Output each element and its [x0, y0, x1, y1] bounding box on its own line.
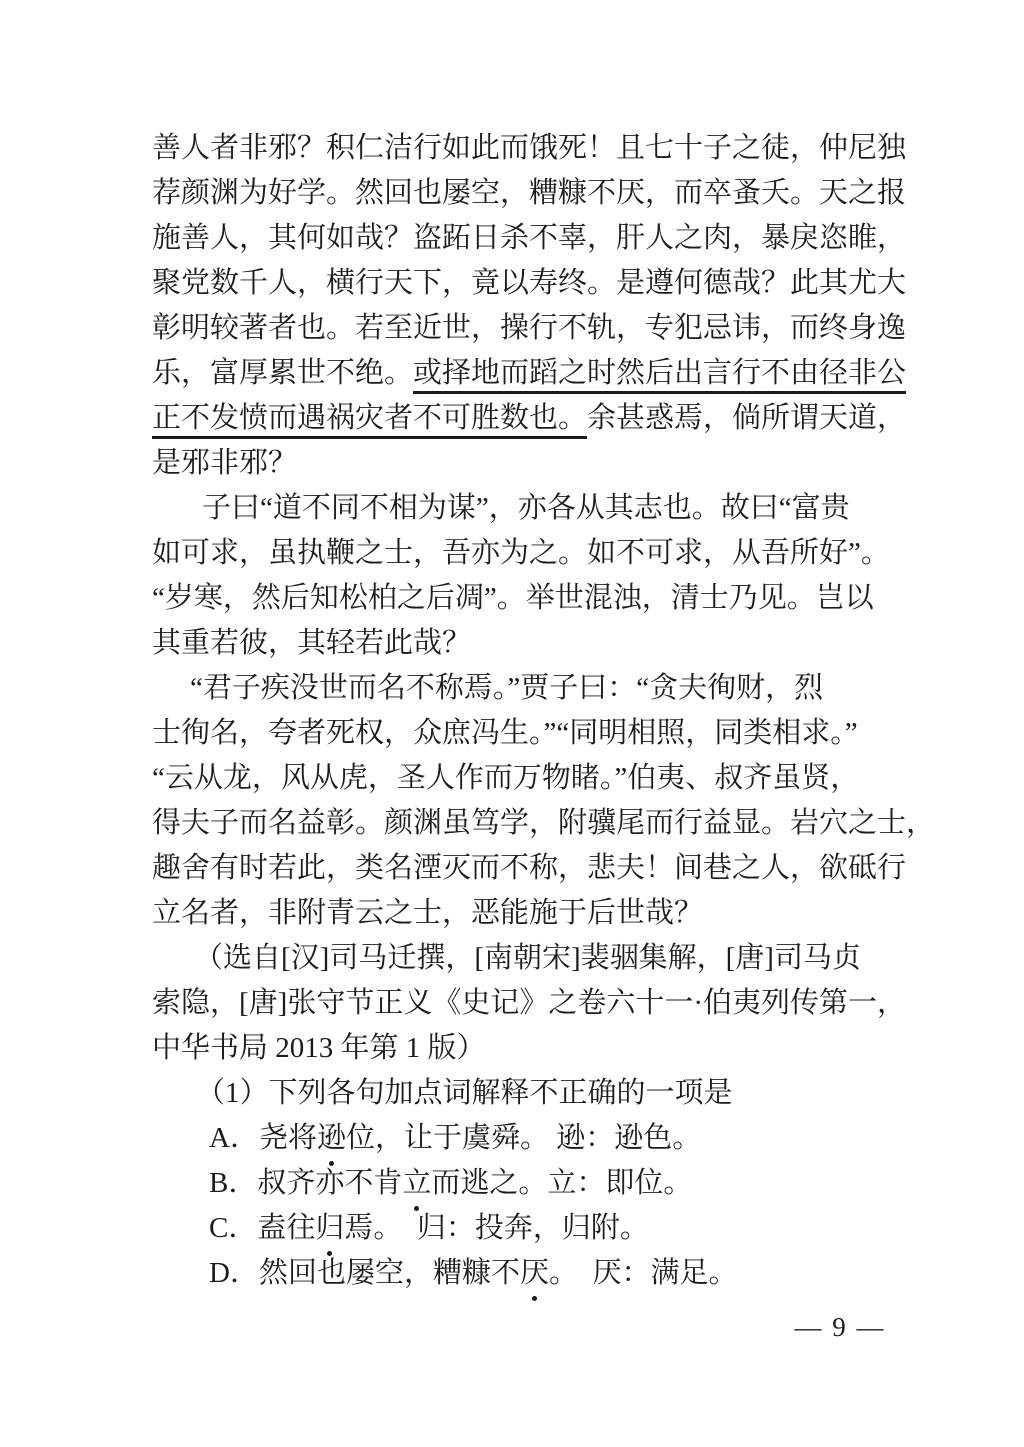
document-page: 善人者非邪？积仁洁行如此而饿死！且七十子之徒，仲尼独 荐颜渊为好学。然回也屡空，… — [0, 0, 1024, 1447]
line-text: “君子疾没世而名不称焉。”贾子曰：“贪夫徇财，烈 — [190, 672, 823, 704]
line-text: 位，让于虞舜。 逊：逊色。 — [346, 1122, 701, 1154]
line-text: 索隐，[唐]张守节正义《史记》之卷六十一·伯夷列传第一， — [152, 987, 906, 1019]
question-line: （1）下列各句加点词解释不正确的一项是 — [152, 1071, 892, 1116]
line-text: 聚党数千人，横行天下，竟以寿终。是遵何德哉？此其尤大 — [152, 267, 906, 299]
line-text: 余甚惑焉，倘所谓天道， — [587, 402, 906, 434]
option-b: B．叔齐亦不肯立而逃之。立：即位。 — [152, 1161, 892, 1206]
text-line: 是邪非邪？ — [152, 441, 892, 486]
text-line: 如可求，虽执鞭之士，吾亦为之。如不可求，从吾所好”。 — [152, 531, 892, 576]
page-number: — 9 — — [780, 1312, 900, 1343]
text-line: “云从龙，风从虎，圣人作而万物睹。”伯夷、叔齐虽贤， — [152, 756, 892, 801]
text-line: “岁寒，然后知松柏之后凋”。举世混浊，清士乃见。岂以 — [152, 576, 892, 621]
line-text: 彰明较著者也。若至近世，操行不轨，专犯忌讳，而终身逸 — [152, 312, 906, 344]
line-text: 中华书局 2013 年第 1 版） — [152, 1032, 486, 1064]
option-label-b: B． — [209, 1167, 257, 1199]
line-text: “岁寒，然后知松柏之后凋”。举世混浊，清士乃见。岂以 — [152, 582, 874, 614]
text-line: 荐颜渊为好学。然回也屡空，糟糠不厌，而卒蚤夭。天之报 — [152, 171, 892, 216]
text-line: 其重若彼，其轻若此哉？ — [152, 621, 892, 666]
underlined-text: 正不发愤而遇祸灾者不可胜数也。 — [152, 402, 587, 439]
line-text: （1）下列各句加点词解释不正确的一项是 — [196, 1077, 733, 1109]
text-line: 聚党数千人，横行天下，竟以寿终。是遵何德哉？此其尤大 — [152, 261, 892, 306]
source-line: 索隐，[唐]张守节正义《史记》之卷六十一·伯夷列传第一， — [152, 981, 892, 1026]
text-line: 善人者非邪？积仁洁行如此而饿死！且七十子之徒，仲尼独 — [152, 126, 892, 171]
option-a: A．尧将逊位，让于虞舜。 逊：逊色。 — [152, 1116, 892, 1161]
line-text: 立名者，非附青云之士，恶能施于后世哉？ — [152, 897, 703, 929]
emphasized-char: 逊 — [317, 1116, 346, 1161]
option-label-c: C． — [209, 1212, 257, 1244]
text-line: 乐，富厚累世不绝。或择地而蹈之时然后出言行不由径非公 — [152, 351, 892, 396]
line-text: 其重若彼，其轻若此哉？ — [152, 627, 471, 659]
line-text: 是邪非邪？ — [152, 447, 297, 479]
line-text: 如可求，虽执鞭之士，吾亦为之。如不可求，从吾所好”。 — [152, 537, 890, 569]
line-text: 。 厌：满足。 — [549, 1257, 738, 1289]
line-text: 荐颜渊为好学。然回也屡空，糟糠不厌，而卒蚤夭。天之报 — [152, 177, 906, 209]
line-text: 得夫子而名益彰。颜渊虽笃学，附骥尾而行益显。岩穴之士， — [152, 807, 935, 839]
text-block: 善人者非邪？积仁洁行如此而饿死！且七十子之徒，仲尼独 荐颜渊为好学。然回也屡空，… — [152, 126, 892, 1296]
text-line: 得夫子而名益彰。颜渊虽笃学，附骥尾而行益显。岩穴之士， — [152, 801, 892, 846]
text-line: 士徇名，夸者死权，众庶冯生。”“同明相照，同类相求。” — [152, 711, 892, 756]
text-line: 子曰“道不同不相为谋”，亦各从其志也。故曰“富贵 — [152, 486, 892, 531]
line-text: 然回也屡空，糟糠不 — [259, 1257, 520, 1289]
line-text: 而逃之。立：即位。 — [431, 1167, 692, 1199]
source-line: （选自[汉]司马迁撰，[南朝宋]裴骃集解，[唐]司马贞 — [152, 936, 892, 981]
line-text: 焉。 归：投奔，归附。 — [344, 1212, 649, 1244]
underlined-text: 或择地而蹈之时然后出言行不由径非公 — [413, 357, 906, 394]
emphasized-char: 立 — [402, 1161, 431, 1206]
line-text: 尧将 — [259, 1122, 317, 1154]
text-line: 正不发愤而遇祸灾者不可胜数也。余甚惑焉，倘所谓天道， — [152, 396, 892, 441]
option-d: D．然回也屡空，糟糠不厌。 厌：满足。 — [152, 1251, 892, 1296]
line-text: （选自[汉]司马迁撰，[南朝宋]裴骃集解，[唐]司马贞 — [194, 942, 861, 974]
text-line: 施善人，其何如哉？盗跖日杀不辜，肝人之肉，暴戾恣睢， — [152, 216, 892, 261]
line-text: 乐，富厚累世不绝。 — [152, 357, 413, 389]
line-text: 叔齐亦不肯 — [257, 1167, 402, 1199]
text-line: 趣舍有时若此，类名湮灭而不称，悲夫！间巷之人，欲砥行 — [152, 846, 892, 891]
option-c: C．盍往归焉。 归：投奔，归附。 — [152, 1206, 892, 1251]
line-text: 趣舍有时若此，类名湮灭而不称，悲夫！间巷之人，欲砥行 — [152, 852, 906, 884]
line-text: 士徇名，夸者死权，众庶冯生。”“同明相照，同类相求。” — [152, 717, 858, 749]
line-text: 施善人，其何如哉？盗跖日杀不辜，肝人之肉，暴戾恣睢， — [152, 222, 906, 254]
text-line: 立名者，非附青云之士，恶能施于后世哉？ — [152, 891, 892, 936]
source-line: 中华书局 2013 年第 1 版） — [152, 1026, 892, 1071]
emphasized-char: 厌 — [520, 1251, 549, 1296]
line-text: 盍往 — [257, 1212, 315, 1244]
line-text: “云从龙，风从虎，圣人作而万物睹。”伯夷、叔齐虽贤， — [152, 762, 859, 794]
emphasized-char: 归 — [315, 1206, 344, 1251]
text-line: “君子疾没世而名不称焉。”贾子曰：“贪夫徇财，烈 — [152, 666, 892, 711]
text-line: 彰明较著者也。若至近世，操行不轨，专犯忌讳，而终身逸 — [152, 306, 892, 351]
line-text: 子曰“道不同不相为谋”，亦各从其志也。故曰“富贵 — [202, 492, 850, 524]
option-label-d: D． — [209, 1257, 259, 1289]
line-text: 善人者非邪？积仁洁行如此而饿死！且七十子之徒，仲尼独 — [152, 132, 906, 164]
option-label-a: A． — [209, 1122, 259, 1154]
